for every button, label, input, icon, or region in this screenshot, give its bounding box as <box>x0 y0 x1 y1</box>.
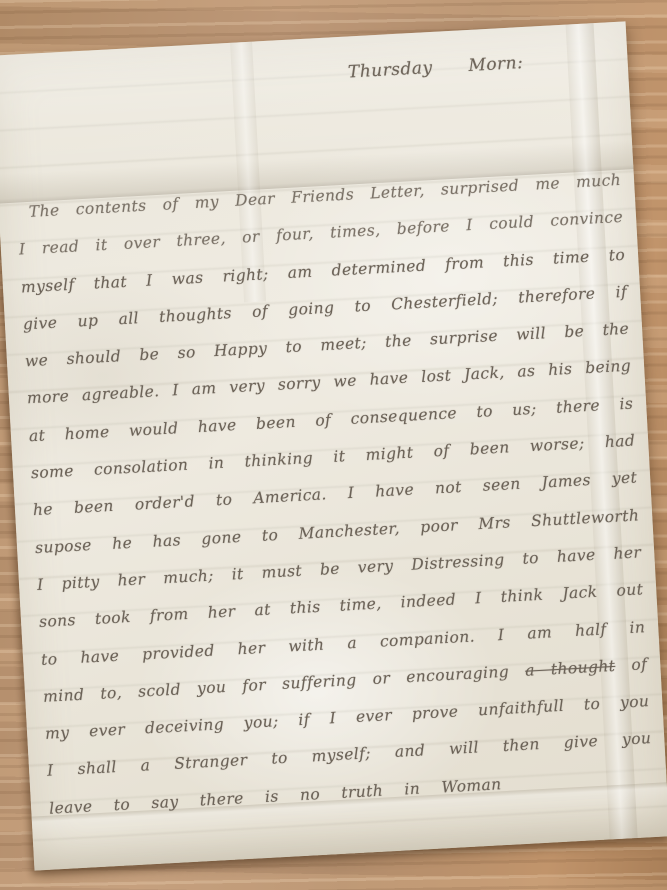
letter-paper: Thursday Morn: The contents of my Dear F… <box>0 21 667 870</box>
letter-body: The contents of my Dear Friends Letter, … <box>16 162 654 828</box>
wooden-table-surface: Thursday Morn: The contents of my Dear F… <box>0 0 667 890</box>
struck-out-text: a thought <box>525 657 616 680</box>
